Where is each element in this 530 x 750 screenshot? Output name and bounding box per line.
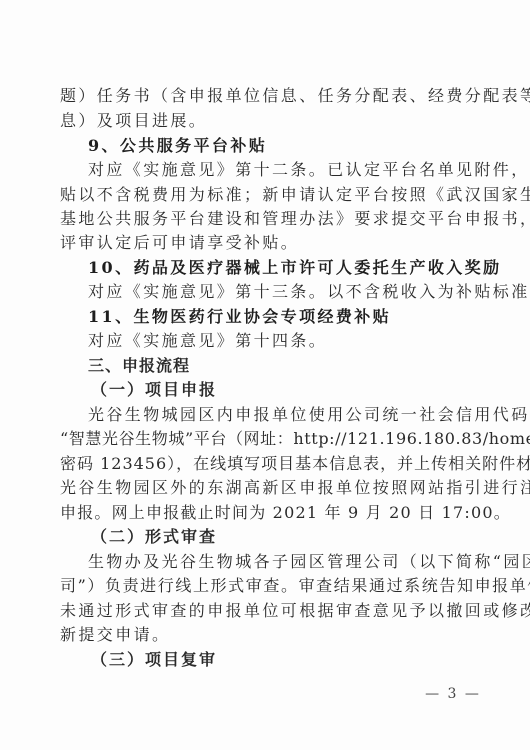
page-number: — 3 — [423,686,483,706]
subsection-heading-1: （一）项目申报 [91,378,503,402]
paragraph-line: 新提交申请。 [60,623,472,647]
paragraph-line: 司”）负责进行线上形式审查。审查结果通过系统告知申报单位， [60,574,472,598]
item-heading-10: 10、药品及医疗器械上市许可人委托生产收入奖励 [88,256,472,280]
paragraph-line: 光谷生物园区外的东湖高新区申报单位按照网站指引进行注册后 [60,476,472,500]
paragraph-line: 光谷生物城园区内申报单位使用公司统一社会信用代码登录 [88,403,472,427]
paragraph-line: 对应《实施意见》第十三条。以不含税收入为补贴标准。 [88,280,472,304]
paragraph-line: 密码 123456），在线填写项目基本信息表，并上传相关附件材料。 [60,452,472,476]
section-heading-3: 三、申报流程 [88,354,472,378]
subsection-heading-2: （二）形式审查 [91,525,503,549]
deadline-line: 申报。网上申报截止时间为 2021 年 9 月 20 日 17:00。 [60,501,472,525]
paragraph-line: 生物办及光谷生物城各子园区管理公司（以下简称“园区公 [88,550,472,574]
paragraph-line: 息）及项目进展。 [60,109,472,133]
paragraph-line: 贴以不含税费用为标准；新申请认定平台按照《武汉国家生物产业 [60,183,472,207]
item-heading-11: 11、生物医药行业协会专项经费补贴 [88,305,472,329]
paragraph-line: 对应《实施意见》第十四条。 [88,329,472,353]
paragraph-line: 基地公共服务平台建设和管理办法》要求提交平台申报书，后期经 [60,207,472,231]
paragraph-line: 对应《实施意见》第十二条。已认定平台名单见附件，相关补 [88,158,472,182]
paragraph-line: 评审认定后可申请享受补贴。 [60,231,472,255]
paragraph-line-url: “智慧光谷生物城”平台（网址：http://121.196.180.83/hom… [60,427,472,451]
subsection-heading-3: （三）项目复审 [91,648,503,672]
document-page: 题）任务书（含申报单位信息、任务分配表、经费分配表等核心信 息）及项目进展。 9… [0,0,530,750]
item-heading-9: 9、公共服务平台补贴 [88,134,472,158]
paragraph-line: 未通过形式审查的申报单位可根据审查意见予以撤回或修改后重 [60,599,472,623]
paragraph-line: 题）任务书（含申报单位信息、任务分配表、经费分配表等核心信 [60,84,472,108]
